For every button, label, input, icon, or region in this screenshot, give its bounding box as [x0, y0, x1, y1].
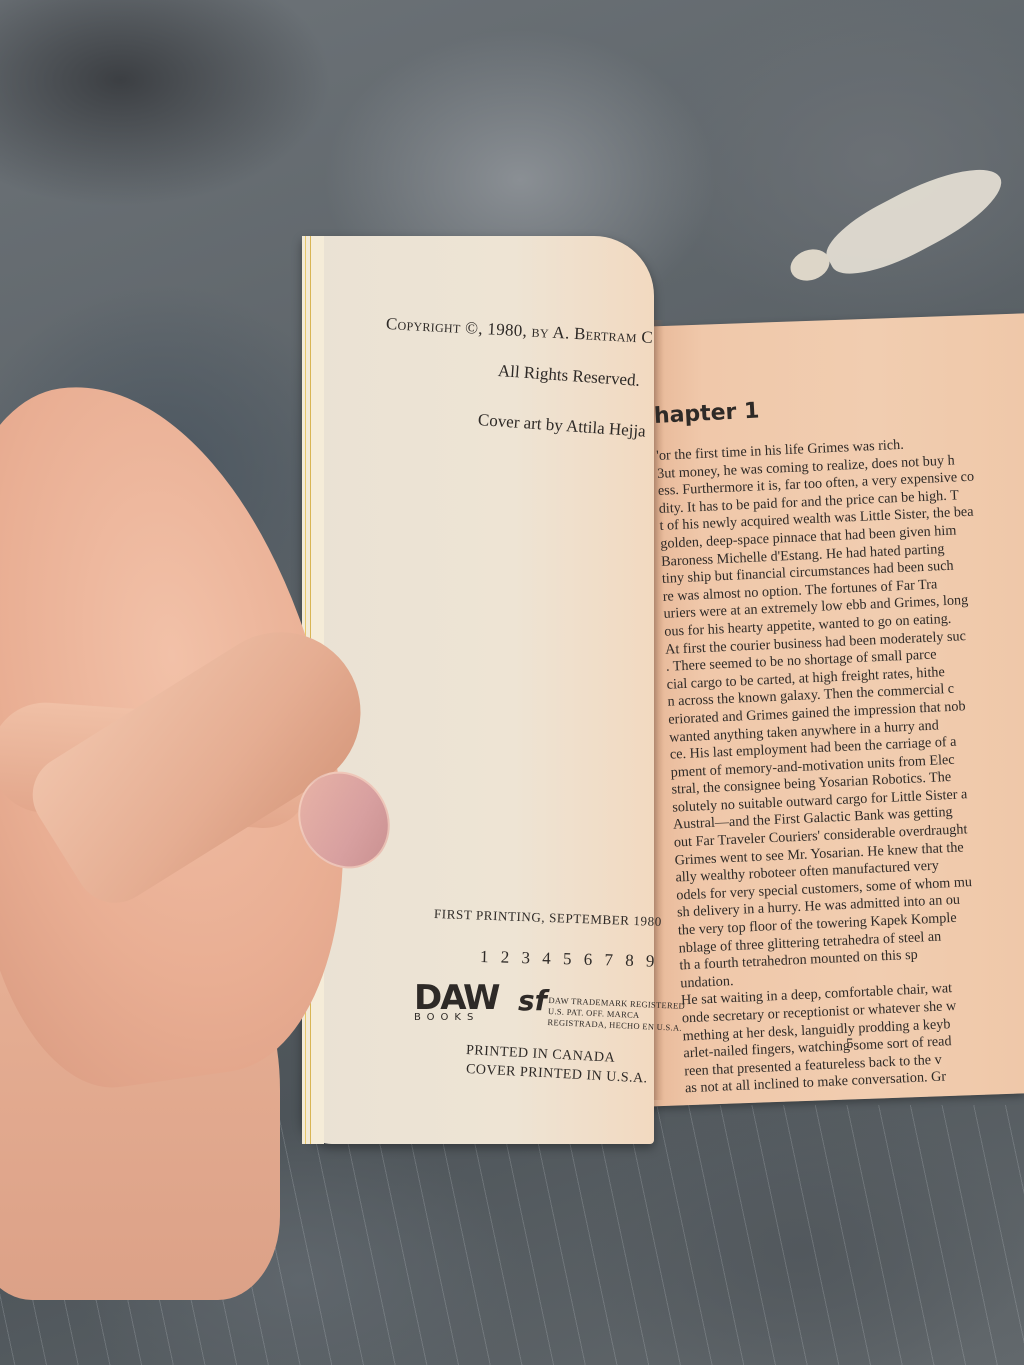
chapter-body-text: 'or the first time in his life Grimes wa…	[656, 431, 1024, 1098]
daw-books-logo: DAW BOOKS sf	[414, 982, 544, 1030]
page-number: 5	[846, 1036, 854, 1053]
copyright-year: ©, 1980,	[460, 318, 532, 341]
trademark-notice: DAW TRADEMARK REGISTERED U.S. PAT. OFF. …	[547, 995, 685, 1034]
sf-mark-icon: sf	[518, 984, 547, 1017]
white-paint-splash	[817, 149, 1013, 291]
copyright-word: Copyright	[386, 314, 462, 337]
